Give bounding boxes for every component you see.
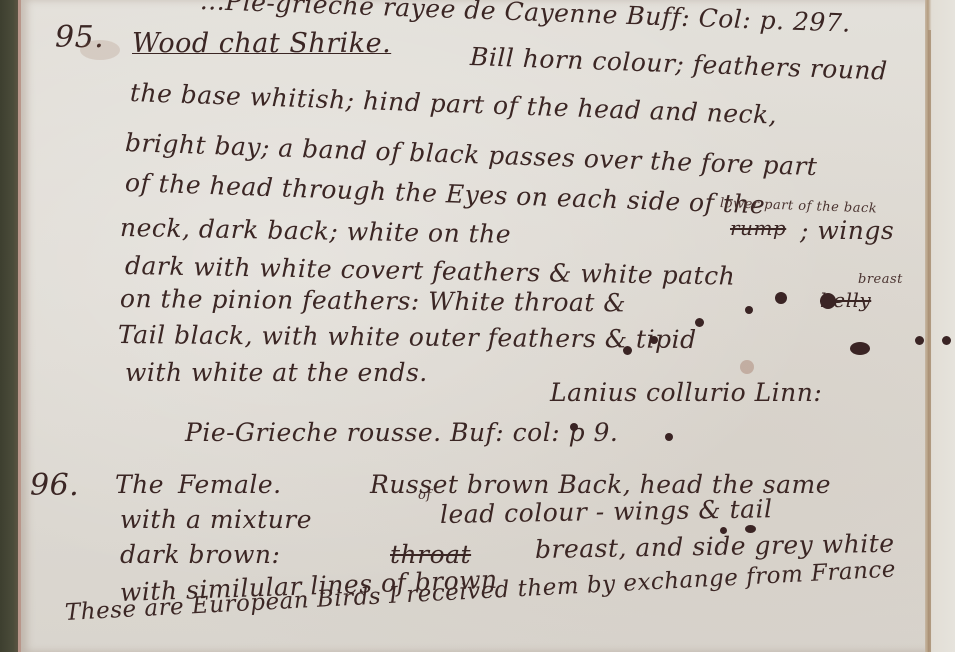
brown-stain bbox=[740, 360, 754, 374]
ink-blot bbox=[745, 306, 753, 314]
ink-blot bbox=[695, 318, 704, 327]
entry-96-female: Female. bbox=[178, 470, 282, 499]
struck-word-rump: rump bbox=[730, 216, 786, 240]
entry-95-line-9: with white at the ends. bbox=[125, 358, 428, 387]
entry-number-96: 96. bbox=[30, 468, 79, 503]
entry-96-word-the: The bbox=[115, 470, 164, 499]
ink-blot bbox=[623, 346, 632, 355]
ink-blot bbox=[745, 525, 756, 533]
entry-96-line-3: dark brown: bbox=[120, 540, 280, 569]
insertion-of: of bbox=[418, 488, 432, 503]
latin-name: Lanius collurio Linn: bbox=[550, 378, 822, 407]
entry-95-line-7: on the pinion feathers: White throat & bbox=[120, 284, 626, 317]
entry-title: Wood chat Shrike. bbox=[132, 28, 391, 59]
ink-blot bbox=[915, 336, 924, 345]
insertion-breast: breast bbox=[858, 272, 903, 287]
french-name: Pie-Grieche rousse. Buf: col: p 9. bbox=[185, 418, 618, 447]
struck-word-throat: throat bbox=[390, 540, 471, 569]
page-fold bbox=[925, 0, 955, 652]
entry-96-line-2: with a mixture bbox=[120, 505, 312, 534]
entry-95-line-5b: ; wings bbox=[800, 216, 894, 245]
brown-stain bbox=[80, 40, 120, 60]
ink-blot bbox=[850, 342, 870, 355]
ink-blot bbox=[665, 433, 673, 441]
ink-blot bbox=[650, 336, 658, 344]
ink-blot bbox=[720, 527, 727, 534]
ink-blot bbox=[820, 293, 836, 309]
ink-blot bbox=[570, 423, 578, 431]
ink-blot bbox=[775, 292, 787, 304]
entry-95-line-8: Tail black, with white outer feathers & … bbox=[118, 320, 697, 354]
entry-96-line-2b: lead colour - wings & tail bbox=[440, 494, 773, 529]
ink-blot bbox=[942, 336, 951, 345]
